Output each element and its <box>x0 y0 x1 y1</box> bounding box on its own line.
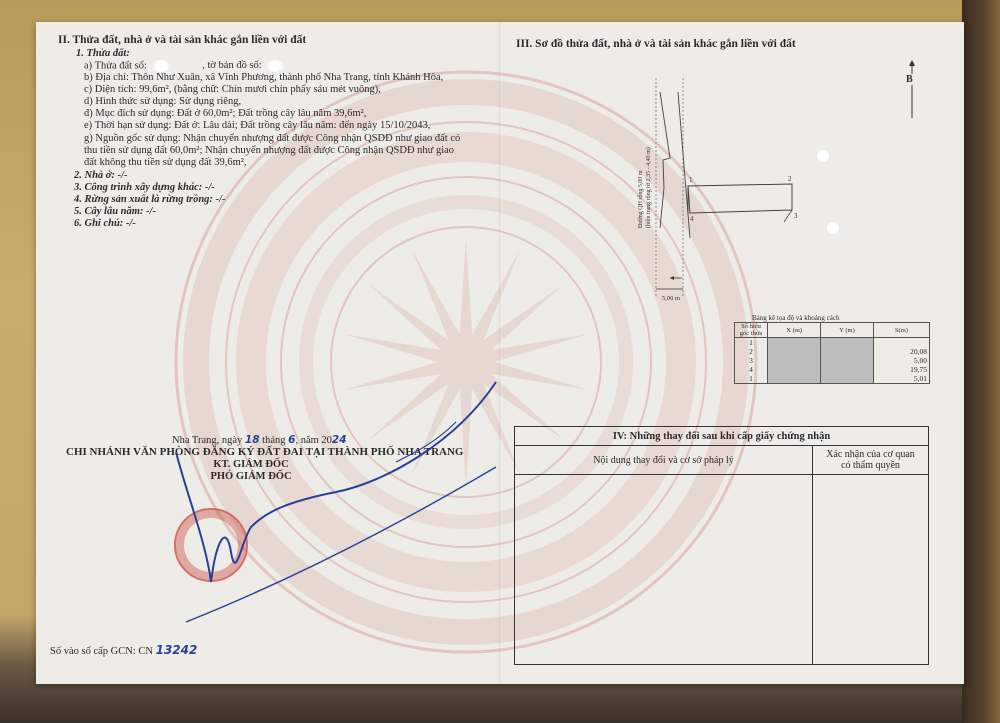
desk-edge <box>962 0 1000 723</box>
map-sheet-label: , tờ bản đồ số: <box>202 60 262 71</box>
perennial-trees-line: 5. Cây lâu năm: -/- <box>74 206 156 218</box>
redacted-x <box>768 338 821 348</box>
role-deputy-for-director: KT. GIÁM ĐỐC <box>186 459 316 471</box>
col-header-authority-confirmation: Xác nhận của cơ quan có thẩm quyền <box>813 446 929 475</box>
notes-line: 6. Ghi chú: -/- <box>74 218 136 230</box>
place-date-prefix: Nha Trang, ngày <box>172 435 245 446</box>
parcel-number-line: a) Thửa đất số: , tờ bản đồ số: <box>84 60 286 73</box>
section-3-title: III. Sơ đồ thửa đất, nhà ở và tài sản kh… <box>516 38 796 50</box>
land-certificate-page: II. Thửa đất, nhà ở và tài sản khác gắn … <box>36 22 964 684</box>
redacted-map-sheet <box>264 60 286 72</box>
issue-year: 24 <box>332 434 347 446</box>
section-2-title: II. Thửa đất, nhà ở và tài sản khác gắn … <box>58 34 306 46</box>
parcel-number-label: a) Thửa đất số: <box>84 60 147 71</box>
section-4-title: IV: Những thay đổi sau khi cấp giấy chứn… <box>515 427 929 446</box>
table-row: 419,75 <box>735 365 930 374</box>
other-construction-line: 3. Công trình xây dựng khác: -/- <box>74 182 215 194</box>
official-red-stamp <box>174 508 248 582</box>
parcel-diagram: 1 2 3 4 5,00 m Đường QH rộng 5,00 m (hiệ… <box>630 78 850 308</box>
address-line: b) Địa chỉ: Thôn Như Xuân, xã Vĩnh Phươn… <box>84 72 443 84</box>
land-heading: 1. Thửa đất: <box>76 48 130 60</box>
svg-text:2: 2 <box>788 175 792 183</box>
svg-text:1: 1 <box>689 176 693 184</box>
svg-text:Đường QH rộng 5,00 m: Đường QH rộng 5,00 m <box>638 170 644 228</box>
term-line: e) Thời hạn sử dụng: Đất ở: Lâu dài; Đất… <box>84 120 430 132</box>
svg-text:(hiện trạng rộng từ 2,35 - 4,4: (hiện trạng rộng từ 2,35 - 4,40 m) <box>645 147 652 228</box>
usage-form-line: d) Hình thức sử dụng: Sử dụng riêng, <box>84 96 241 108</box>
change-content-cell <box>515 475 813 665</box>
north-arrow: B <box>902 60 922 120</box>
authority-confirmation-cell <box>813 475 929 665</box>
origin-line-2: thu tiền sử dụng đất 60,0m²; Nhận chuyển… <box>84 145 454 157</box>
redacted-parcel-number <box>150 60 172 72</box>
table-row: 1 <box>735 338 930 348</box>
production-forest-line: 4. Rừng sản xuất là rừng trồng: -/- <box>74 194 225 206</box>
col-header-y: Y (m) <box>821 323 874 338</box>
registry-label: Số vào sổ cấp GCN: CN <box>50 646 156 657</box>
purpose-line: đ) Mục đích sử dụng: Đất ở 60,0m²; Đất t… <box>84 108 366 120</box>
registry-number: 13242 <box>156 643 198 657</box>
issue-day: 18 <box>245 434 260 446</box>
area-line: c) Diện tích: 99,6m², (bằng chữ: Chín mư… <box>84 84 381 96</box>
table-row: 220,08 <box>735 347 930 356</box>
redacted-y <box>821 338 874 348</box>
registry-line: Số vào sổ cấp GCN: CN 13242 <box>50 644 197 658</box>
col-header-point: Số hiệu góc thửa <box>735 323 768 338</box>
col-header-s: S(m) <box>873 323 929 338</box>
col-header-x: X (m) <box>768 323 821 338</box>
table-row: 35,00 <box>735 356 930 365</box>
house-line: 2. Nhà ở: -/- <box>74 170 127 182</box>
svg-text:5,00 m: 5,00 m <box>662 295 680 302</box>
origin-line-3: đất không thu tiền sử dụng đất 39,6m², <box>84 157 247 169</box>
svg-text:4: 4 <box>690 215 694 223</box>
month-label: tháng <box>262 435 288 446</box>
col-header-change-content: Nội dung thay đổi và cơ sở pháp lý <box>515 446 813 475</box>
origin-line-1: g) Nguồn gốc sử dụng: Nhận chuyển nhượng… <box>84 133 460 145</box>
svg-text:3: 3 <box>794 212 798 220</box>
office-name: CHI NHÁNH VĂN PHÒNG ĐĂNG KÝ ĐẤT ĐAI TẠI … <box>66 446 463 458</box>
north-label: B <box>906 74 913 85</box>
table-row: 15,01 <box>735 374 930 384</box>
page-fold <box>498 22 502 684</box>
year-label: , năm 20 <box>295 435 331 446</box>
role-vice-director: PHÓ GIÁM ĐỐC <box>186 471 316 483</box>
coordinate-table: Số hiệu góc thửa X (m) Y (m) S(m) 1 220,… <box>734 322 930 384</box>
changes-table: IV: Những thay đổi sau khi cấp giấy chứn… <box>514 426 929 665</box>
